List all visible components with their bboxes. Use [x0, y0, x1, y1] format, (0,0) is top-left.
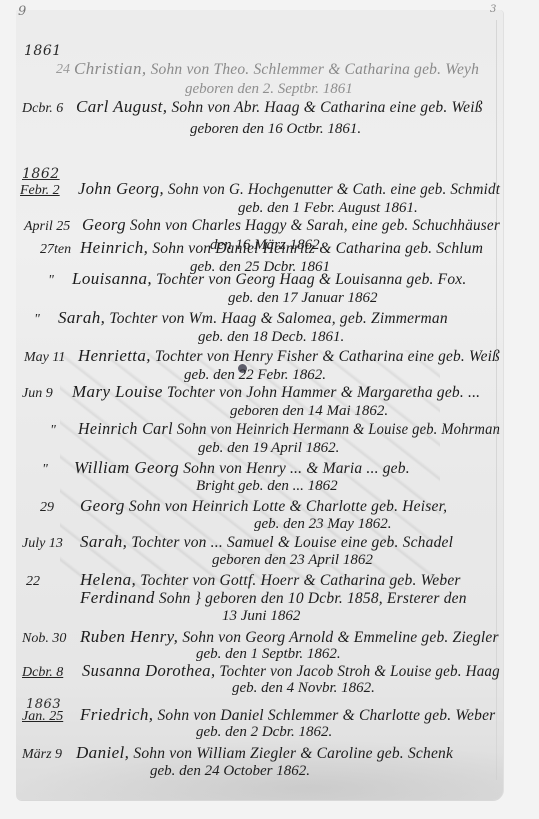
- parents: Sohn von Heinrich Lotte & Charlotte geb.…: [129, 498, 447, 515]
- parents: Tochter von ... Samuel & Louise eine geb…: [131, 534, 453, 551]
- birth-date: geb. den 2 Dcbr. 1862.: [196, 723, 332, 741]
- parents: Sohn von Daniel Schlemmer & Charlotte ge…: [157, 707, 495, 724]
- birth-date: geb. den 19 April 1862.: [198, 439, 339, 457]
- birth-date: geboren den 14 Mai 1862.: [230, 402, 388, 420]
- entry-date: Febr. 2: [20, 182, 60, 200]
- entry-date: März 9: [22, 746, 62, 764]
- child-name: Friedrich,: [80, 705, 153, 724]
- child-name: Daniel,: [76, 743, 129, 762]
- entry-text: Mary Louise Tochter von John Hammer & Ma…: [72, 383, 480, 402]
- child-name: Henrietta,: [78, 346, 151, 365]
- parents: Sohn von Theo. Schlemmer & Catharina geb…: [151, 61, 480, 78]
- birth-date: geb. den 24 October 1862.: [150, 762, 310, 780]
- child-name: Mary Louise: [72, 382, 163, 401]
- entry-date: Jan. 25: [22, 708, 63, 726]
- birth-date: geb. den 1 Septbr. 1862.: [196, 645, 341, 663]
- child-name: Susanna Dorothea,: [82, 661, 215, 680]
- child-name: Ferdinand: [80, 588, 155, 607]
- page-number-right: 3: [490, 4, 496, 15]
- entry-date: Dcbr. 8: [22, 664, 63, 682]
- parents: Tochter von John Hammer & Margaretha geb…: [167, 384, 480, 401]
- entry-text: Carl August, Sohn von Abr. Haag & Cathar…: [76, 98, 483, 117]
- entry-text: John Georg, Sohn von G. Hochgenutter & C…: [78, 180, 500, 199]
- entry-date: 29: [40, 499, 54, 517]
- entry-date: 22: [26, 573, 40, 591]
- entry-text: Sarah, Tochter von ... Samuel & Louise e…: [80, 533, 453, 552]
- parents: Tochter von Henry Fisher & Catharina ein…: [155, 348, 500, 365]
- birth-date: Bright geb. den ... 1862: [196, 477, 338, 495]
- entry-date: July 13: [22, 535, 63, 553]
- parents: Sohn von Abr. Haag & Catharina eine geb.…: [171, 99, 482, 116]
- birth-date: geb. den 1 Febr. August 1861.: [238, 199, 418, 217]
- child-name: Ruben Henry,: [80, 627, 178, 646]
- child-name: Carl August,: [76, 97, 167, 116]
- entry-date: Nob. 30: [22, 630, 66, 648]
- entry-text: Christian, Sohn von Theo. Schlemmer & Ca…: [74, 60, 479, 79]
- child-name: Louisanna,: [72, 269, 152, 288]
- parents: Tochter von Georg Haag & Louisanna geb. …: [156, 271, 466, 288]
- entry-date: ": [50, 422, 56, 440]
- birth-details: Sohn } geboren den 10 Dcbr. 1858, Erster…: [159, 590, 467, 607]
- birth-date: geb. den 23 May 1862.: [254, 515, 391, 533]
- year-heading: 1861: [24, 43, 62, 59]
- parents: Sohn von Charles Haggy & Sarah, eine geb…: [130, 217, 500, 234]
- entry-date: 24: [56, 61, 70, 79]
- entry-text-second-child: Ferdinand Sohn } geboren den 10 Dcbr. 18…: [80, 589, 467, 608]
- entry-text: Heinrich Carl Sohn von Heinrich Hermann …: [78, 420, 500, 439]
- entry-date: May 11: [24, 349, 65, 367]
- entry-text: Georg Sohn von Heinrich Lotte & Charlott…: [80, 497, 447, 516]
- entry-date: ": [34, 311, 40, 329]
- child-name: Heinrich,: [80, 238, 148, 257]
- birth-date: geboren den 16 Octbr. 1861.: [190, 120, 361, 138]
- entry-text: William Georg Sohn von Henry ... & Maria…: [74, 459, 410, 478]
- child-name: Georg: [80, 496, 125, 515]
- child-name: William Georg: [74, 458, 179, 477]
- entry-text: Daniel, Sohn von William Ziegler & Carol…: [76, 744, 453, 763]
- birth-date: geb. den 22 Febr. 1862.: [184, 366, 326, 384]
- entry-date: Dcbr. 6: [22, 100, 63, 118]
- entry-date: ": [42, 461, 48, 479]
- parents: Sohn von William Ziegler & Caroline geb.…: [133, 745, 453, 762]
- entry-text: Louisanna, Tochter von Georg Haag & Loui…: [72, 270, 466, 289]
- parents: Tochter von Jacob Stroh & Louise geb. Ha…: [219, 663, 499, 680]
- parents: Sohn von G. Hochgenutter & Cath. eine ge…: [168, 181, 500, 198]
- parents: Sohn von Henry ... & Maria ... geb.: [183, 460, 410, 477]
- child-name: Sarah,: [80, 532, 127, 551]
- entry-date: Jun 9: [22, 385, 53, 403]
- child-name: Heinrich Carl: [78, 419, 173, 438]
- parents: Tochter von Wm. Haag & Salomea, geb. Zim…: [109, 310, 447, 327]
- child-name: Christian,: [74, 59, 147, 78]
- entry-text: Sarah, Tochter von Wm. Haag & Salomea, g…: [58, 309, 448, 328]
- child-name: Georg: [82, 215, 126, 234]
- year-heading: 1862: [22, 166, 60, 182]
- entry-text: Heinrich, Sohn von Daniel Heinritz & Cat…: [80, 239, 483, 258]
- entry-date: April 25: [24, 218, 70, 236]
- baptism-date: 13 Juni 1862: [222, 607, 300, 625]
- entry-text: Georg Sohn von Charles Haggy & Sarah, ei…: [82, 216, 500, 235]
- birth-date: geboren den 2. Septbr. 1861: [185, 80, 353, 98]
- birth-date: geboren den 23 April 1862: [212, 551, 373, 569]
- parents: Sohn von Georg Arnold & Emmeline geb. Zi…: [182, 629, 498, 646]
- page-number-left: 9: [18, 4, 26, 19]
- parents: Sohn von Daniel Heinritz & Catharina geb…: [152, 240, 483, 257]
- entry-text: Henrietta, Tochter von Henry Fisher & Ca…: [78, 347, 500, 366]
- child-name: Sarah,: [58, 308, 105, 327]
- child-name: Helena,: [80, 570, 136, 589]
- entry-date: ": [48, 272, 54, 290]
- birth-date: geb. den 18 Decb. 1861.: [198, 328, 344, 346]
- birth-date: geb. den 17 Januar 1862: [228, 289, 378, 307]
- parents: Tochter von Gottf. Hoerr & Catharina geb…: [140, 572, 460, 589]
- entry-date: 27ten: [40, 241, 71, 259]
- parents: Sohn von Heinrich Hermann & Louise geb. …: [177, 421, 500, 438]
- child-name: John Georg,: [78, 179, 164, 198]
- birth-date: geb. den 4 Novbr. 1862.: [232, 679, 375, 697]
